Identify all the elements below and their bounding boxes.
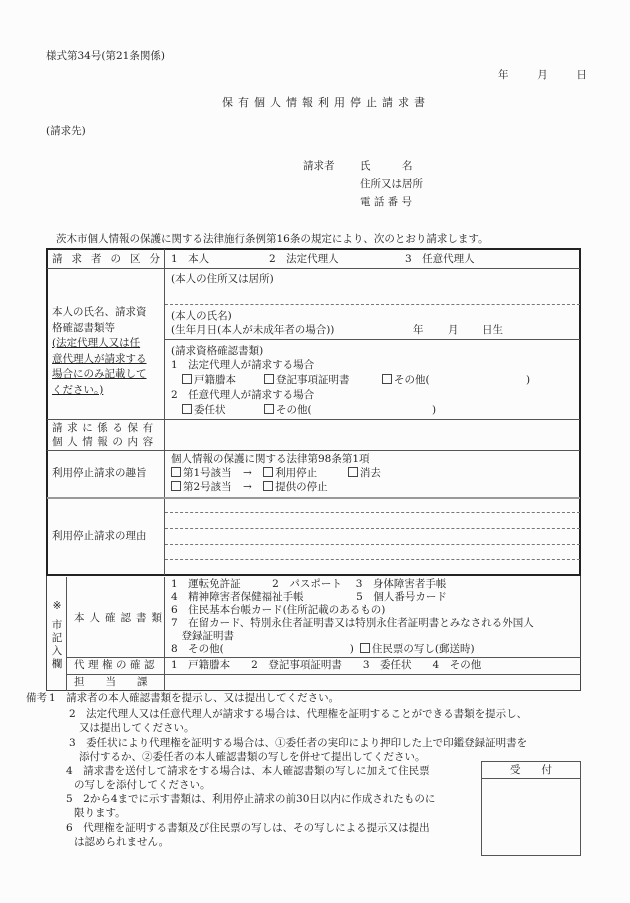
voluntary-rep-heading: 2 任意代理人が請求する場合: [171, 389, 314, 402]
page-title: 保有個人情報利用停止請求書: [222, 96, 430, 109]
form-number: 様式第34号(第21条関係): [46, 50, 165, 63]
note-3: 3 委任状により代理権を証明する場合は、①委任者の実印により押印した上で印鑑登録…: [69, 737, 527, 750]
proxy-options: 1 戸籍謄本 2 登記事項証明書 3 委任状 4 その他: [171, 659, 481, 672]
checkbox-icon: [382, 374, 392, 384]
checkbox-suspend-use[interactable]: 利用停止: [263, 467, 317, 479]
requester-name-field[interactable]: 氏 名: [360, 160, 413, 173]
content-label: 請求に係る保有 個人情報の内容: [52, 421, 158, 449]
checkbox-icon: [263, 481, 273, 491]
voluntary-other-close: ): [432, 404, 436, 417]
birth-month: 月: [448, 324, 459, 337]
checkbox-case-1[interactable]: 第1号該当: [171, 467, 232, 479]
birth-day: 日生: [482, 324, 503, 337]
principal-name-field[interactable]: (本人の氏名): [171, 310, 232, 323]
checkbox-power-of-attorney[interactable]: 委任状: [182, 404, 226, 417]
note-6: 6 代理権を証明する書類及び住民票の写しは、その写しによる提示又は提出: [66, 822, 430, 835]
id-docs-label: 本人確認書類: [74, 612, 167, 625]
checkbox-icon: [182, 404, 192, 414]
checkbox-case-2[interactable]: 第2号該当: [171, 481, 232, 493]
docs-label: (請求資格確認書類): [171, 345, 263, 358]
reception-stamp-area: [482, 779, 580, 855]
checkbox-icon: [182, 374, 192, 384]
legal-other-close: ): [526, 374, 530, 387]
id-docs-list: 1 運転免許証 2 パスポート 3 身体障害者手帳 4 精神障害者保健福祉手帳 …: [171, 578, 534, 655]
category-label: 請求者の区分: [52, 253, 169, 266]
requester-address-field[interactable]: 住所又は居所: [360, 178, 423, 191]
note-4: 4 請求書を送付して請求をする場合は、本人確認書類の写しに加えて住民票: [66, 765, 430, 778]
reason-label: 利用停止請求の理由: [52, 530, 147, 543]
checkbox-icon: [171, 481, 181, 491]
date-field: 年 月 日: [498, 69, 587, 82]
checkbox-registry-cert[interactable]: 登記事項証明書: [264, 374, 350, 387]
department-label: 担 当 課: [74, 676, 148, 689]
date-day: 日: [576, 69, 587, 81]
checkbox-erase[interactable]: 消去: [348, 467, 381, 479]
category-option-self[interactable]: 1 本人: [171, 253, 209, 266]
arrow-icon: →: [243, 467, 252, 479]
birth-year: 年: [413, 324, 424, 337]
checkbox-voluntary-other[interactable]: その他(: [264, 404, 312, 417]
note-5: 5 2から4までに示す書類は、利用停止請求の前30日以内に作成されたものに: [66, 793, 435, 806]
principal-address-field[interactable]: (本人の住所又は居所): [171, 273, 274, 286]
category-option-legal-rep[interactable]: 2 法定代理人: [269, 253, 339, 266]
content-field[interactable]: [166, 421, 578, 449]
checkbox-family-register[interactable]: 戸籍謄本: [182, 374, 236, 387]
checkbox-icon: [171, 467, 181, 477]
date-month: 月: [537, 69, 548, 81]
note-2-cont: 又は提出してください。: [79, 722, 195, 735]
legal-rep-heading: 1 法定代理人が請求する場合: [171, 359, 314, 372]
principal-label: 本人の氏名、請求資 格確認書類等 (法定代理人又は任 意代理人が請求する 場合に…: [52, 305, 147, 398]
note-2: 2 法定代理人又は任意代理人が請求する場合は、代理権を証明することができる書類を…: [69, 708, 527, 721]
checkbox-icon: [263, 467, 273, 477]
checkbox-legal-other[interactable]: その他(: [382, 374, 430, 387]
purpose-law: 個人情報の保護に関する法律第98条第1項: [171, 453, 370, 466]
requester-phone-field[interactable]: 電 話 番 号: [360, 196, 412, 209]
arrow-icon: →: [243, 481, 252, 493]
department-field[interactable]: [166, 675, 578, 690]
purpose-row-1: 第1号該当 → 利用停止 消去: [171, 467, 381, 480]
purpose-row-2: 第2号該当 → 提供の停止: [171, 481, 328, 494]
checkbox-resident-copy[interactable]: 住民票の写し(郵送時): [360, 643, 475, 655]
requester-label: 請求者: [303, 160, 335, 173]
checkbox-icon: [264, 374, 274, 384]
category-option-voluntary-rep[interactable]: 3 任意代理人: [405, 253, 475, 266]
checkbox-icon: [264, 404, 274, 414]
proxy-label: 代理権の確認: [74, 659, 158, 672]
date-year: 年: [498, 69, 509, 81]
checkbox-stop-provision[interactable]: 提供の停止: [263, 481, 328, 493]
column-divider: [164, 249, 165, 575]
note-6-cont: は認められません。: [74, 836, 169, 849]
checkbox-icon: [360, 643, 370, 653]
note-4-cont: の写しを添付してください。: [74, 779, 211, 792]
note-1: 1 請求者の本人確認書類を提示し、又は提出してください。: [49, 692, 339, 705]
checkbox-icon: [348, 467, 358, 477]
intro-text: 茨木市個人情報の保護に関する法律施行条例第16条の規定により、次のとおり請求しま…: [56, 233, 489, 246]
reason-field[interactable]: [166, 500, 578, 574]
notes-prefix: 備考: [26, 692, 47, 705]
office-use-side-label: ※ 市 記 入 欄: [50, 600, 64, 671]
note-3-cont: 添付するか、②委任者の本人確認書類の写しを併せて提出してください。: [79, 751, 426, 764]
addressee: (請求先): [46, 125, 86, 138]
reception-label: 受 付: [481, 764, 581, 777]
note-5-cont: 限ります。: [74, 807, 126, 820]
principal-birth-field[interactable]: (生年月日(本人が未成年者の場合)): [171, 324, 334, 337]
purpose-label: 利用停止請求の趣旨: [52, 467, 147, 480]
